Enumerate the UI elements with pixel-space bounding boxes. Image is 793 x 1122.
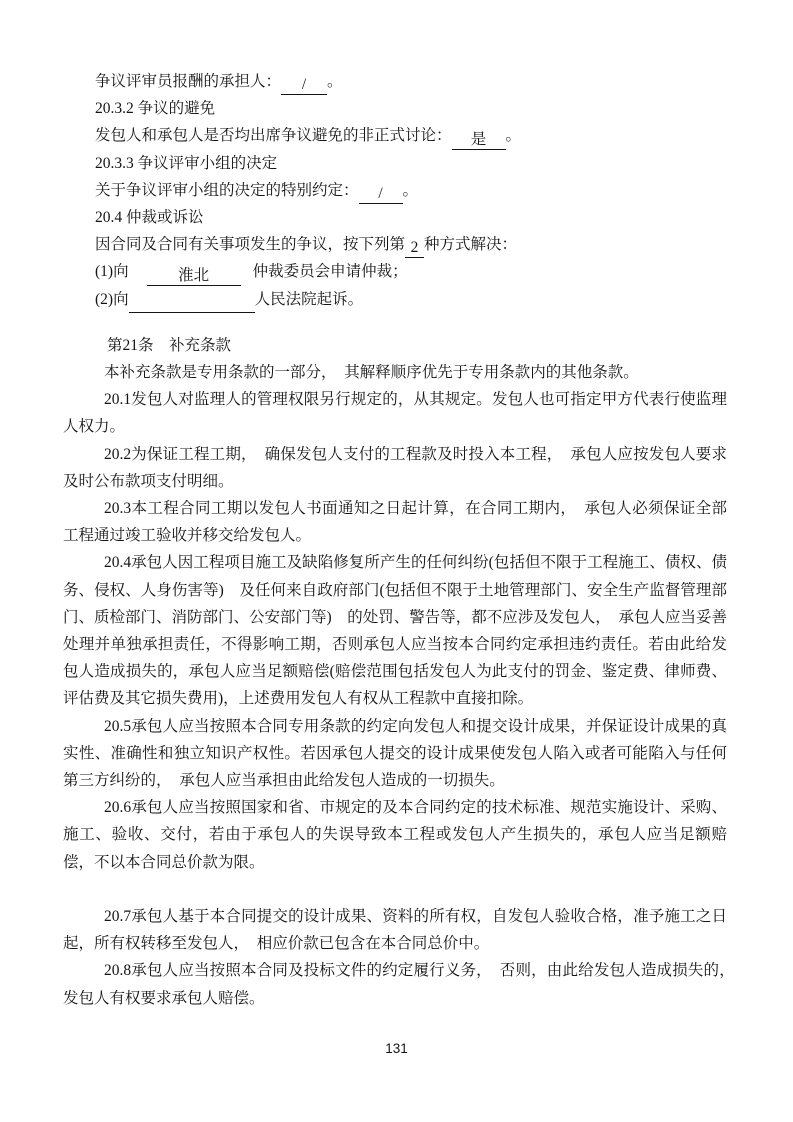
dispute-avoidance-label: 发包人和承包人是否均出席争议避免的非正式讨论： [95,127,452,144]
fill-in-blank-attendance: 是 [452,129,506,150]
dispute-payer-end: 。 [327,73,343,90]
contract-page: 争议评审员报酬的承担人：/。 20.3.2 争议的避免 发包人和承包人是否均出席… [0,0,793,1122]
section-20-4-heading: 20.4 仲裁或诉讼 [95,204,727,231]
review-decision-end: 。 [403,182,419,199]
clause-20-1: 20.1发包人对监理人的管理权限另行规定的，从其规定。发包人也可指定甲方代表行使… [63,386,727,440]
fill-in-blank-arbitration-commission: 淮北 [147,265,241,286]
article-21-heading: 第21条 补充条款 [107,332,727,359]
section-20-3-3-heading: 20.3.3 争议评审小组的决定 [95,150,727,177]
dispute-avoidance-end: 。 [506,127,522,144]
clause-20-2: 20.2为保证工程工期， 确保发包人支付的工程款及时投入本工程， 承包人应按发包… [63,441,727,495]
clause-20-5: 20.5承包人应当按照本合同专用条款的约定向发包人和提交设计成果，并保证设计成果… [63,713,727,795]
article-21-intro: 本补充条款是专用条款的一部分， 其解释顺序优先于专用条款内的其他条款。 [63,359,727,386]
arbitration-option-line: (1)向淮北仲裁委员会申请仲裁； [95,258,727,285]
review-decision-line: 关于争议评审小组的决定的特别约定：/。 [95,177,727,204]
resolution-method-label: 因合同及合同有关事项发生的争议，按下列第 [95,236,405,253]
clause-20-7: 20.7承包人基于本合同提交的设计成果、资料的所有权，自发包人验收合格，准予施工… [63,903,727,957]
page-content: 争议评审员报酬的承担人：/。 20.3.2 争议的避免 发包人和承包人是否均出席… [0,0,793,1012]
resolution-method-end: 种方式解决： [424,236,517,253]
dispute-avoidance-line: 发包人和承包人是否均出席争议避免的非正式讨论：是。 [95,122,727,149]
dispute-resolution-block: 争议评审员报酬的承担人：/。 20.3.2 争议的避免 发包人和承包人是否均出席… [63,68,727,313]
review-decision-label: 关于争议评审小组的决定的特别约定： [95,182,359,199]
court-option-end: 人民法院起诉。 [255,291,364,308]
arbitration-option-label: (1)向 [95,263,129,280]
fill-in-blank-special-agreement: / [359,183,403,204]
court-option-line: (2)向人民法院起诉。 [95,286,727,313]
arbitration-option-end: 仲裁委员会申请仲裁； [253,263,408,280]
dispute-payer-line: 争议评审员报酬的承担人：/。 [95,68,727,95]
fill-in-blank-court [129,292,255,313]
resolution-method-line: 因合同及合同有关事项发生的争议，按下列第2种方式解决： [95,231,727,258]
clause-20-6: 20.6承包人应当按照国家和省、市规定的及本合同约定的技术标准、规范实施设计、采… [63,794,727,876]
section-20-3-2-heading: 20.3.2 争议的避免 [95,95,727,122]
dispute-payer-label: 争议评审员报酬的承担人： [95,73,281,90]
clause-20-4: 20.4承包人因工程项目施工及缺陷修复所产生的任何纠纷(包括但不限于工程施工、债… [63,549,727,712]
page-number: 131 [0,1041,793,1056]
fill-in-blank-payer: / [281,74,327,95]
clause-20-8: 20.8承包人应当按照本合同及投标文件的约定履行义务， 否则，由此给发包人造成损… [63,957,727,1011]
court-option-label: (2)向 [95,291,129,308]
fill-in-blank-method-number: 2 [405,237,424,258]
clause-20-3: 20.3本工程合同工期以发包人书面通知之日起计算，在合同工期内， 承包人必须保证… [63,495,727,549]
